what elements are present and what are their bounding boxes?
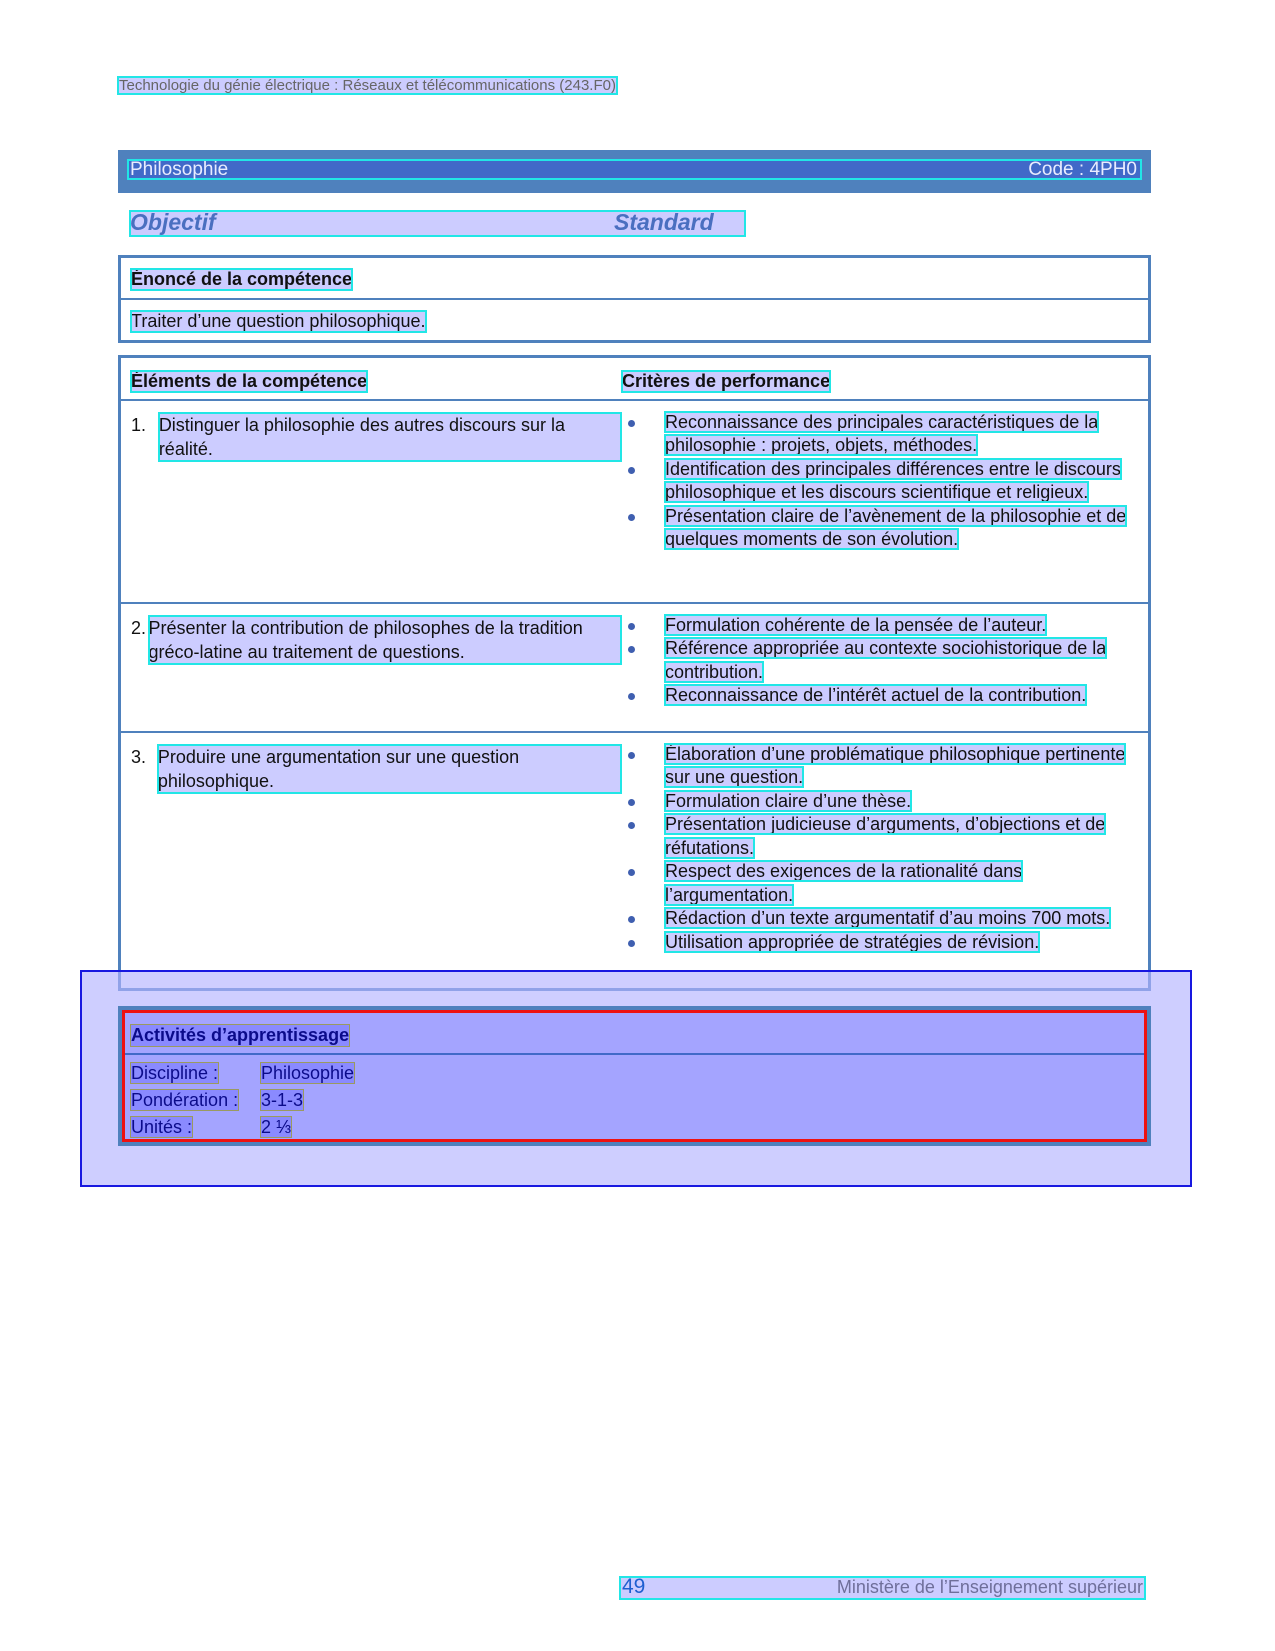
- element-number: 3.: [131, 745, 158, 793]
- col-header-criteres: Critères de performance: [621, 357, 1150, 400]
- page-number: 49: [622, 1575, 645, 1599]
- col-header-elements: Éléments de la compétence: [120, 357, 622, 400]
- field-ponderation: Pondération :3-1-3: [131, 1090, 303, 1111]
- criteria-list: Reconnaissance des principales caractéri…: [621, 411, 1148, 552]
- criteria-cell: Formulation cohérente de la pensée de l’…: [621, 603, 1150, 732]
- field-value: 3-1-3: [261, 1090, 303, 1110]
- enonce-heading-cell: Énoncé de la compétence: [120, 257, 1150, 300]
- table-row: 2.Présenter la contribution de philosoph…: [120, 603, 1150, 732]
- enonce-text: Traiter d’une question philosophique.: [131, 311, 426, 332]
- field-label: Discipline :: [131, 1063, 218, 1083]
- bullet-icon: [628, 822, 635, 829]
- criteria-list: Formulation cohérente de la pensée de l’…: [621, 614, 1148, 708]
- element-cell: 1.Distinguer la philosophie des autres d…: [120, 400, 622, 603]
- banner-highlight: [129, 161, 1140, 178]
- activites-box: Activités d’apprentissage Discipline :Ph…: [118, 1006, 1151, 1146]
- field-label: Unités :: [131, 1117, 192, 1137]
- standard-label: Standard: [614, 209, 714, 236]
- element-number: 2.: [131, 616, 149, 664]
- bullet-icon: [628, 752, 635, 759]
- objectif-label: Objectif: [130, 209, 216, 236]
- bullet-icon: [628, 693, 635, 700]
- enonce-text-cell: Traiter d’une question philosophique.: [120, 299, 1150, 342]
- organization: Ministère de l’Enseignement supérieur: [837, 1577, 1143, 1598]
- page-footer: 49 Ministère de l’Enseignement supérieur: [620, 1577, 1145, 1599]
- criteria-cell: Élaboration d’une problématique philosop…: [621, 732, 1150, 990]
- criteria-item: Formulation claire d’une thèse.: [621, 790, 1148, 814]
- element-text: Présenter la contribution de philosophes…: [149, 616, 621, 664]
- elements-table: Éléments de la compétence Critères de pe…: [118, 355, 1151, 991]
- criteria-item: Rédaction d’un texte argumentatif d’au m…: [621, 907, 1148, 931]
- field-label: Pondération :: [131, 1090, 238, 1110]
- objective-standard-row: Objectif Standard: [130, 211, 745, 236]
- activites-heading: Activités d’apprentissage: [131, 1025, 349, 1046]
- program-title: Technologie du génie électrique : Réseau…: [118, 77, 617, 94]
- criteria-list: Élaboration d’une problématique philosop…: [621, 743, 1148, 955]
- bullet-icon: [628, 420, 635, 427]
- enonce-heading: Énoncé de la compétence: [131, 269, 352, 290]
- criteria-item: Identification des principales différenc…: [621, 458, 1148, 505]
- col-elements-label: Éléments de la compétence: [131, 371, 367, 392]
- field-value: 2 ⅓: [261, 1117, 291, 1137]
- bullet-icon: [628, 646, 635, 653]
- criteria-item: Reconnaissance de l’intérêt actuel de la…: [621, 684, 1148, 708]
- bullet-icon: [628, 799, 635, 806]
- element-cell: 3.Produire une argumentation sur une que…: [120, 732, 622, 990]
- bullet-icon: [628, 916, 635, 923]
- bullet-icon: [628, 467, 635, 474]
- criteria-item: Présentation judicieuse d’arguments, d’o…: [621, 813, 1148, 860]
- element-text: Distinguer la philosophie des autres dis…: [159, 413, 621, 461]
- criteria-item: Référence appropriée au contexte sociohi…: [621, 637, 1148, 684]
- criteria-item: Formulation cohérente de la pensée de l’…: [621, 614, 1148, 638]
- bullet-icon: [628, 623, 635, 630]
- table-row: 1.Distinguer la philosophie des autres d…: [120, 400, 1150, 603]
- field-discipline: Discipline :Philosophie: [131, 1063, 354, 1084]
- element-number: 1.: [131, 413, 159, 461]
- activites-divider: [125, 1053, 1144, 1055]
- criteria-item: Reconnaissance des principales caractéri…: [621, 411, 1148, 458]
- col-criteres-label: Critères de performance: [622, 371, 830, 392]
- bullet-icon: [628, 514, 635, 521]
- bullet-icon: [628, 869, 635, 876]
- course-code: Code : 4PH0: [1028, 159, 1137, 181]
- criteria-item: Élaboration d’une problématique philosop…: [621, 743, 1148, 790]
- field-value: Philosophie: [261, 1063, 354, 1083]
- activites-selected-region: Activités d’apprentissage Discipline :Ph…: [122, 1010, 1147, 1142]
- criteria-item: Respect des exigences de la rationalité …: [621, 860, 1148, 907]
- criteria-item: Utilisation appropriée de stratégies de …: [621, 931, 1148, 955]
- element-cell: 2.Présenter la contribution de philosoph…: [120, 603, 622, 732]
- program-header: Technologie du génie électrique : Réseau…: [118, 77, 617, 94]
- course-banner: Philosophie Code : 4PH0: [118, 150, 1151, 193]
- criteria-cell: Reconnaissance des principales caractéri…: [621, 400, 1150, 603]
- bullet-icon: [628, 940, 635, 947]
- criteria-item: Présentation claire de l’avènement de la…: [621, 505, 1148, 552]
- course-title: Philosophie: [130, 159, 228, 181]
- field-unites: Unités :2 ⅓: [131, 1117, 291, 1138]
- table-row: 3.Produire une argumentation sur une que…: [120, 732, 1150, 990]
- enonce-table: Énoncé de la compétence Traiter d’une qu…: [118, 255, 1151, 343]
- element-text: Produire une argumentation sur une quest…: [158, 745, 621, 793]
